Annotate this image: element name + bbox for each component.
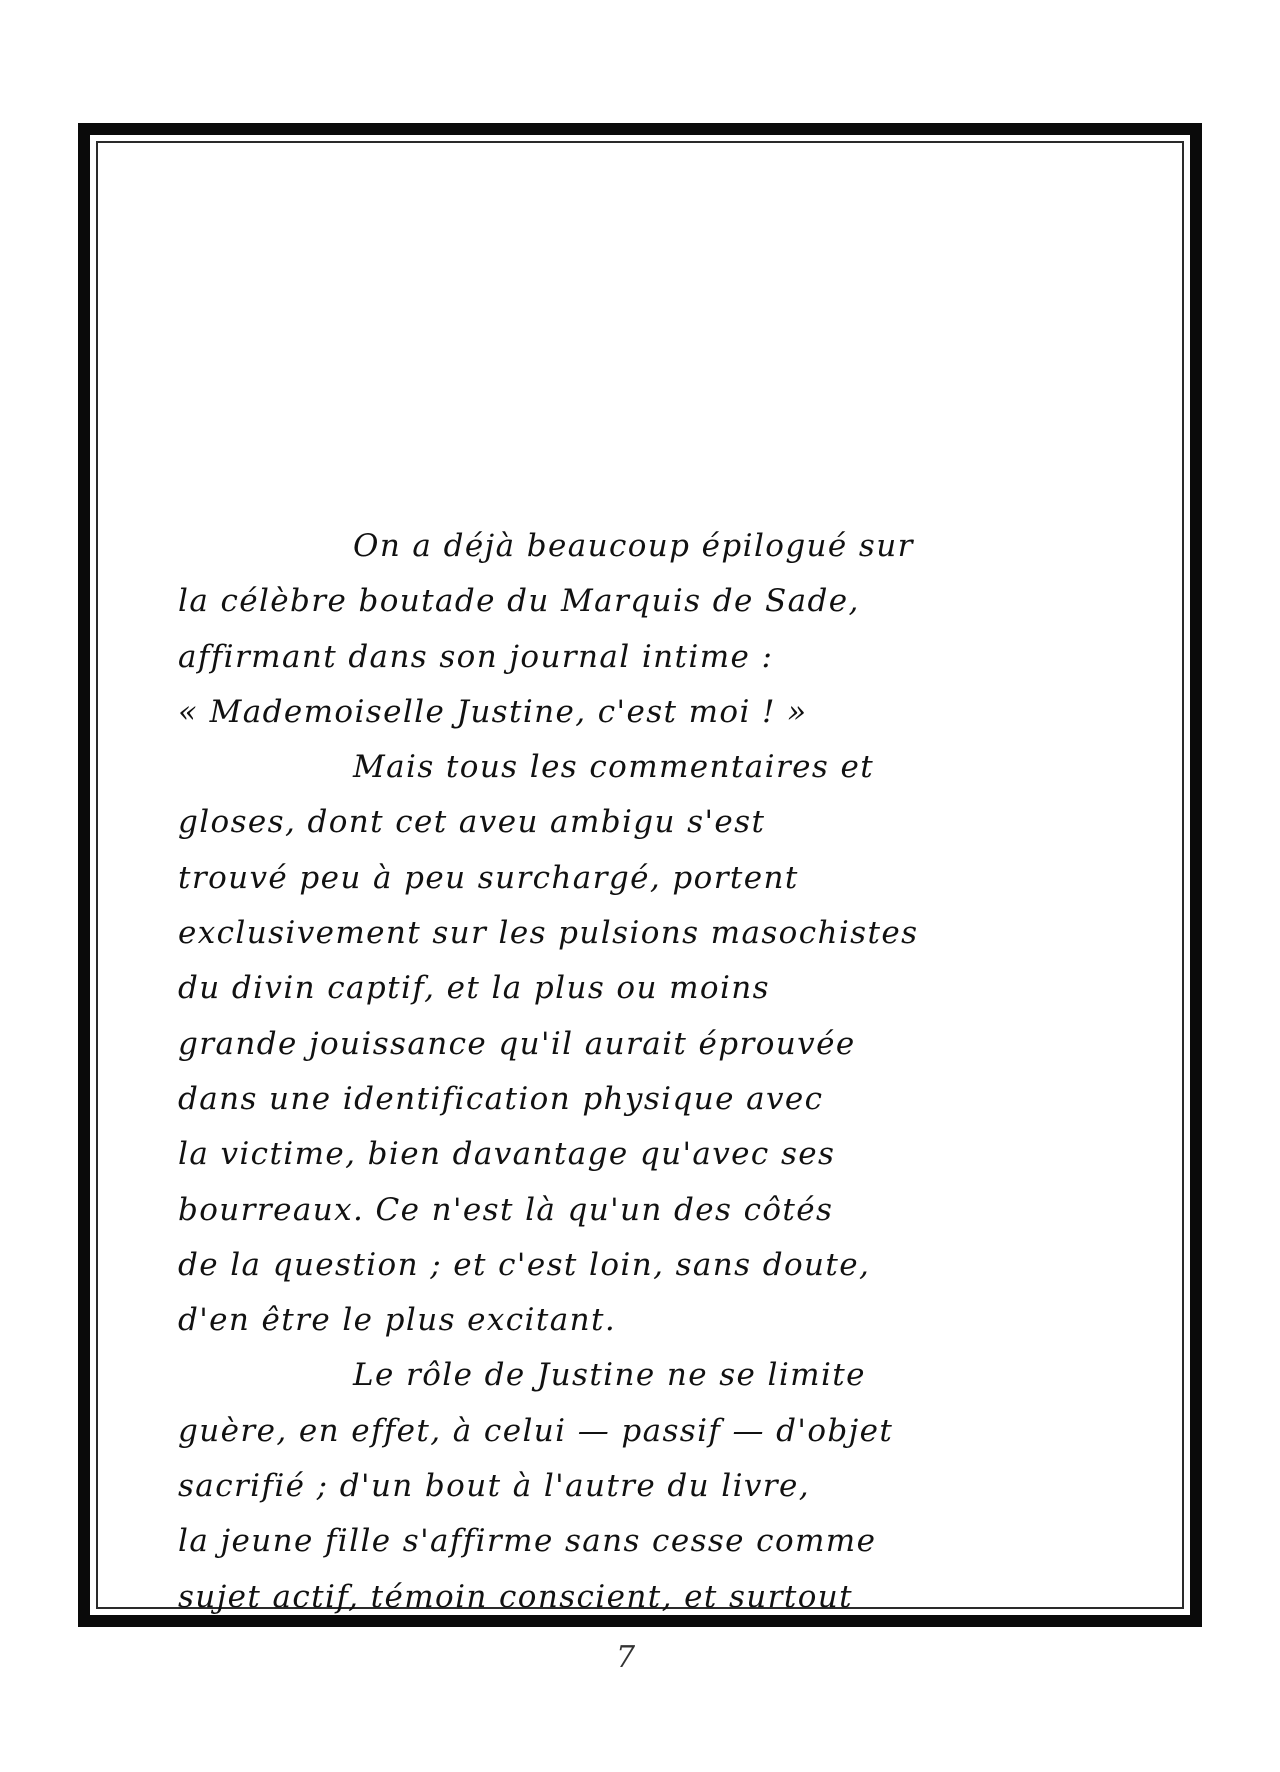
text-line: guère, en effet, à celui — passif — d'ob… xyxy=(178,1404,1118,1459)
text-line: gloses, dont cet aveu ambigu s'est xyxy=(178,795,1118,850)
text-line: Le rôle de Justine ne se limite xyxy=(178,1348,1118,1403)
text-line: du divin captif, et la plus ou moins xyxy=(178,961,1118,1016)
page-number: 7 xyxy=(616,1640,635,1675)
text-line: sujet actif, témoin conscient, et surtou… xyxy=(178,1570,1118,1625)
text-line: la célèbre boutade du Marquis de Sade, xyxy=(178,574,1118,629)
text-line: la jeune fille s'affirme sans cesse comm… xyxy=(178,1514,1118,1569)
text-line: sacrifié ; d'un bout à l'autre du livre, xyxy=(178,1459,1118,1514)
text-line: bourreaux. Ce n'est là qu'un des côtés xyxy=(178,1183,1118,1238)
page-border-outer: On a déjà beaucoup épilogué sur la célèb… xyxy=(78,123,1202,1627)
text-line: Mais tous les commentaires et xyxy=(178,740,1118,795)
text-line: la victime, bien davantage qu'avec ses xyxy=(178,1127,1118,1182)
text-line: grande jouissance qu'il aurait éprouvée xyxy=(178,1017,1118,1072)
text-line: dans une identification physique avec xyxy=(178,1072,1118,1127)
text-line: exclusivement sur les pulsions masochist… xyxy=(178,906,1118,961)
text-line: « Mademoiselle Justine, c'est moi ! » xyxy=(178,685,1118,740)
text-line: de la question ; et c'est loin, sans dou… xyxy=(178,1238,1118,1293)
text-line: affirmant dans son journal intime : xyxy=(178,630,1118,685)
handwritten-text-block: On a déjà beaucoup épilogué sur la célèb… xyxy=(178,519,1118,1625)
text-line: trouvé peu à peu surchargé, portent xyxy=(178,851,1118,906)
text-line: d'en être le plus excitant. xyxy=(178,1293,1118,1348)
text-line: On a déjà beaucoup épilogué sur xyxy=(178,519,1118,574)
